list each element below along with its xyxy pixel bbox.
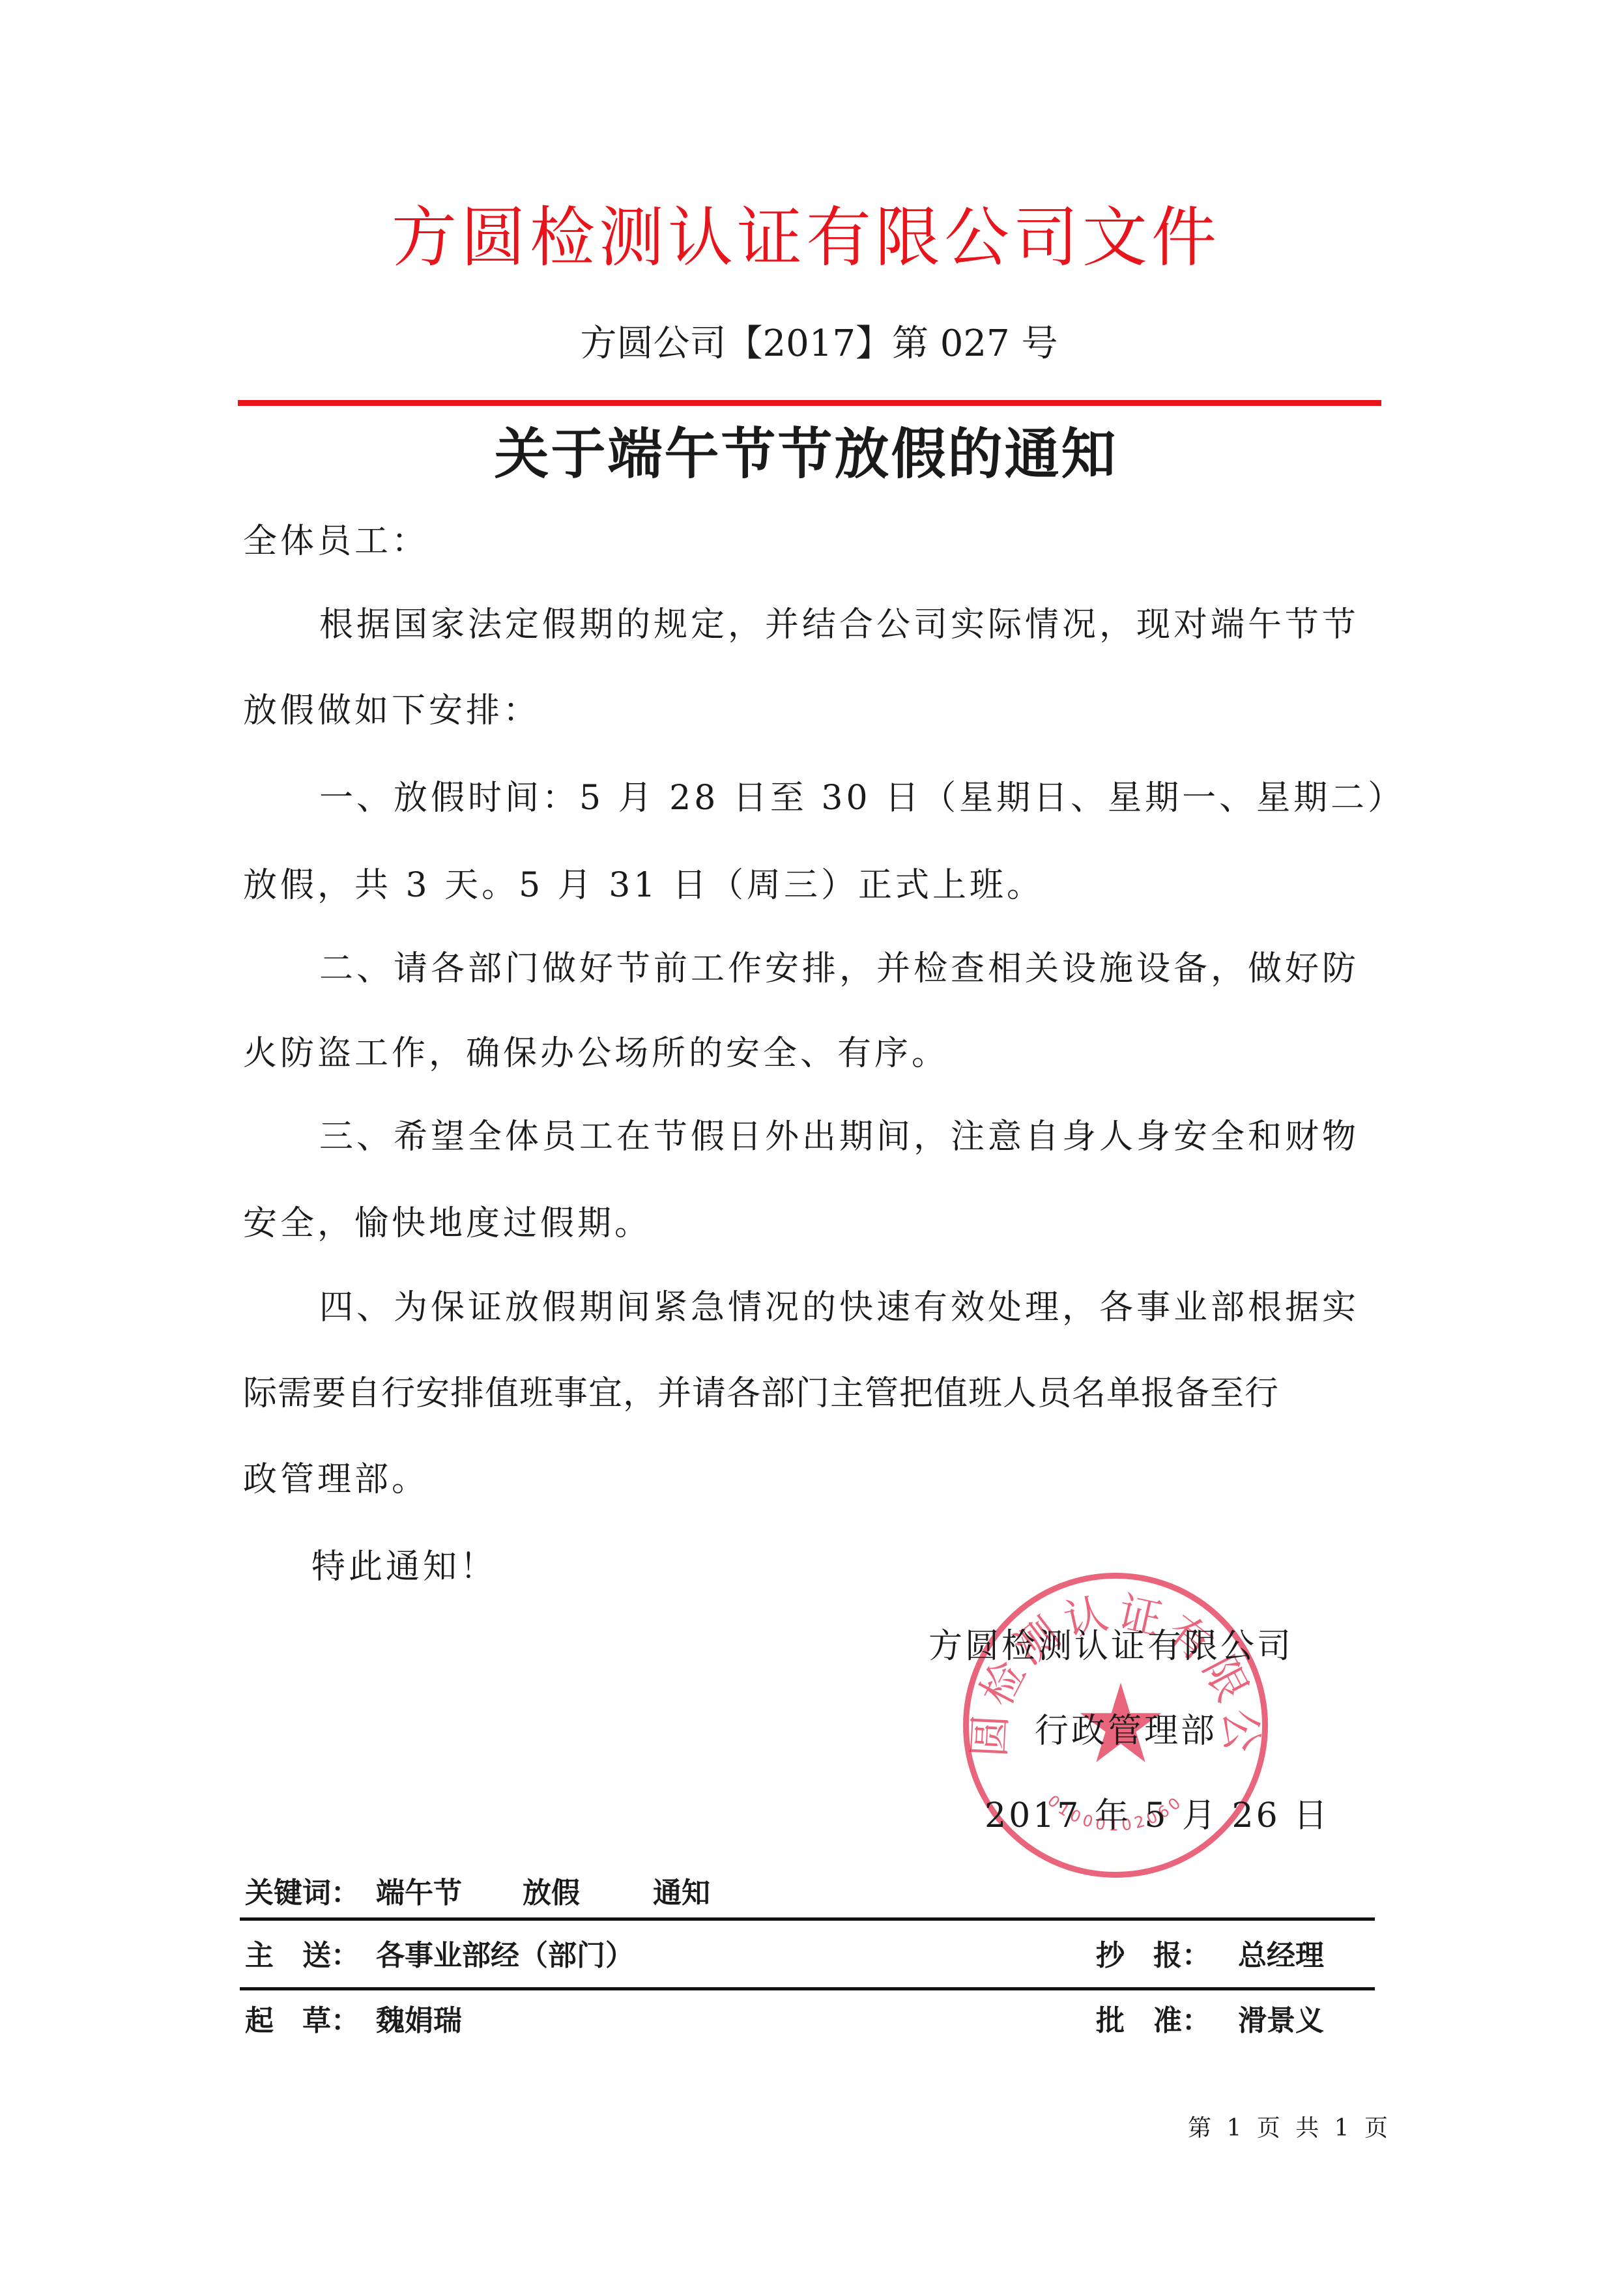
main-to-label: 主 送： — [245, 1936, 360, 1975]
notice-title: 关于端午节节放假的通知 — [0, 418, 1612, 490]
cc-label: 抄 报： — [1096, 1936, 1211, 1975]
body-line-6: 火防盗工作，确保办公场所的安全、有序。 — [243, 1031, 949, 1076]
body-line-10: 际需要自行安排值班事宜，并请各部门主管把值班人员名单报备至行 — [243, 1371, 1279, 1416]
document-number: 方圆公司【2017】第 027 号 — [0, 318, 1612, 370]
footer-divider-2 — [240, 1987, 1375, 1990]
body-line-3: 一、放假时间：5 月 28 日至 30 日（星期日、星期一、星期二） — [319, 775, 1405, 821]
body-line-4: 放假，共 3 天。5 月 31 日（周三）正式上班。 — [243, 863, 1044, 908]
keyword-3: 通知 — [653, 1874, 710, 1913]
signature-company: 方圆检测认证有限公司 — [928, 1624, 1293, 1669]
red-divider-line — [238, 400, 1381, 406]
page-number: 第 1 页 共 1 页 — [1188, 2112, 1392, 2145]
drafter-label: 起 草： — [245, 2002, 360, 2041]
keywords-label: 关键词： — [245, 1874, 360, 1913]
keyword-2: 放假 — [523, 1874, 580, 1913]
salutation: 全体员工： — [243, 519, 429, 564]
body-line-1: 根据国家法定假期的规定，并结合公司实际情况，现对端午节节 — [319, 602, 1359, 648]
drafter-value: 魏娟瑞 — [376, 2002, 462, 2041]
body-line-5: 二、请各部门做好节前工作安排，并检查相关设施设备，做好防 — [319, 946, 1359, 992]
body-line-7: 三、希望全体员工在节假日外出期间，注意自身人身安全和财物 — [319, 1114, 1359, 1160]
keyword-1: 端午节 — [376, 1874, 462, 1913]
main-to-value: 各事业部经（部门） — [376, 1936, 634, 1975]
body-line-9: 四、为保证放假期间紧急情况的快速有效处理，各事业部根据实 — [319, 1285, 1359, 1330]
body-line-8: 安全，愉快地度过假期。 — [243, 1201, 652, 1246]
approver-value: 滑景义 — [1238, 2002, 1324, 2041]
signature-department: 行政管理部 — [1035, 1708, 1217, 1754]
document-red-header-title: 方圆检测认证有限公司文件 — [0, 199, 1612, 277]
body-line-2: 放假做如下安排： — [243, 688, 540, 734]
signature-date: 2017 年 5 月 26 日 — [985, 1793, 1330, 1839]
body-line-11: 政管理部。 — [243, 1457, 429, 1502]
approver-label: 批 准： — [1096, 2002, 1211, 2041]
footer-divider-1 — [240, 1917, 1375, 1921]
cc-value: 总经理 — [1238, 1936, 1324, 1975]
closing-line: 特此通知！ — [311, 1544, 497, 1590]
